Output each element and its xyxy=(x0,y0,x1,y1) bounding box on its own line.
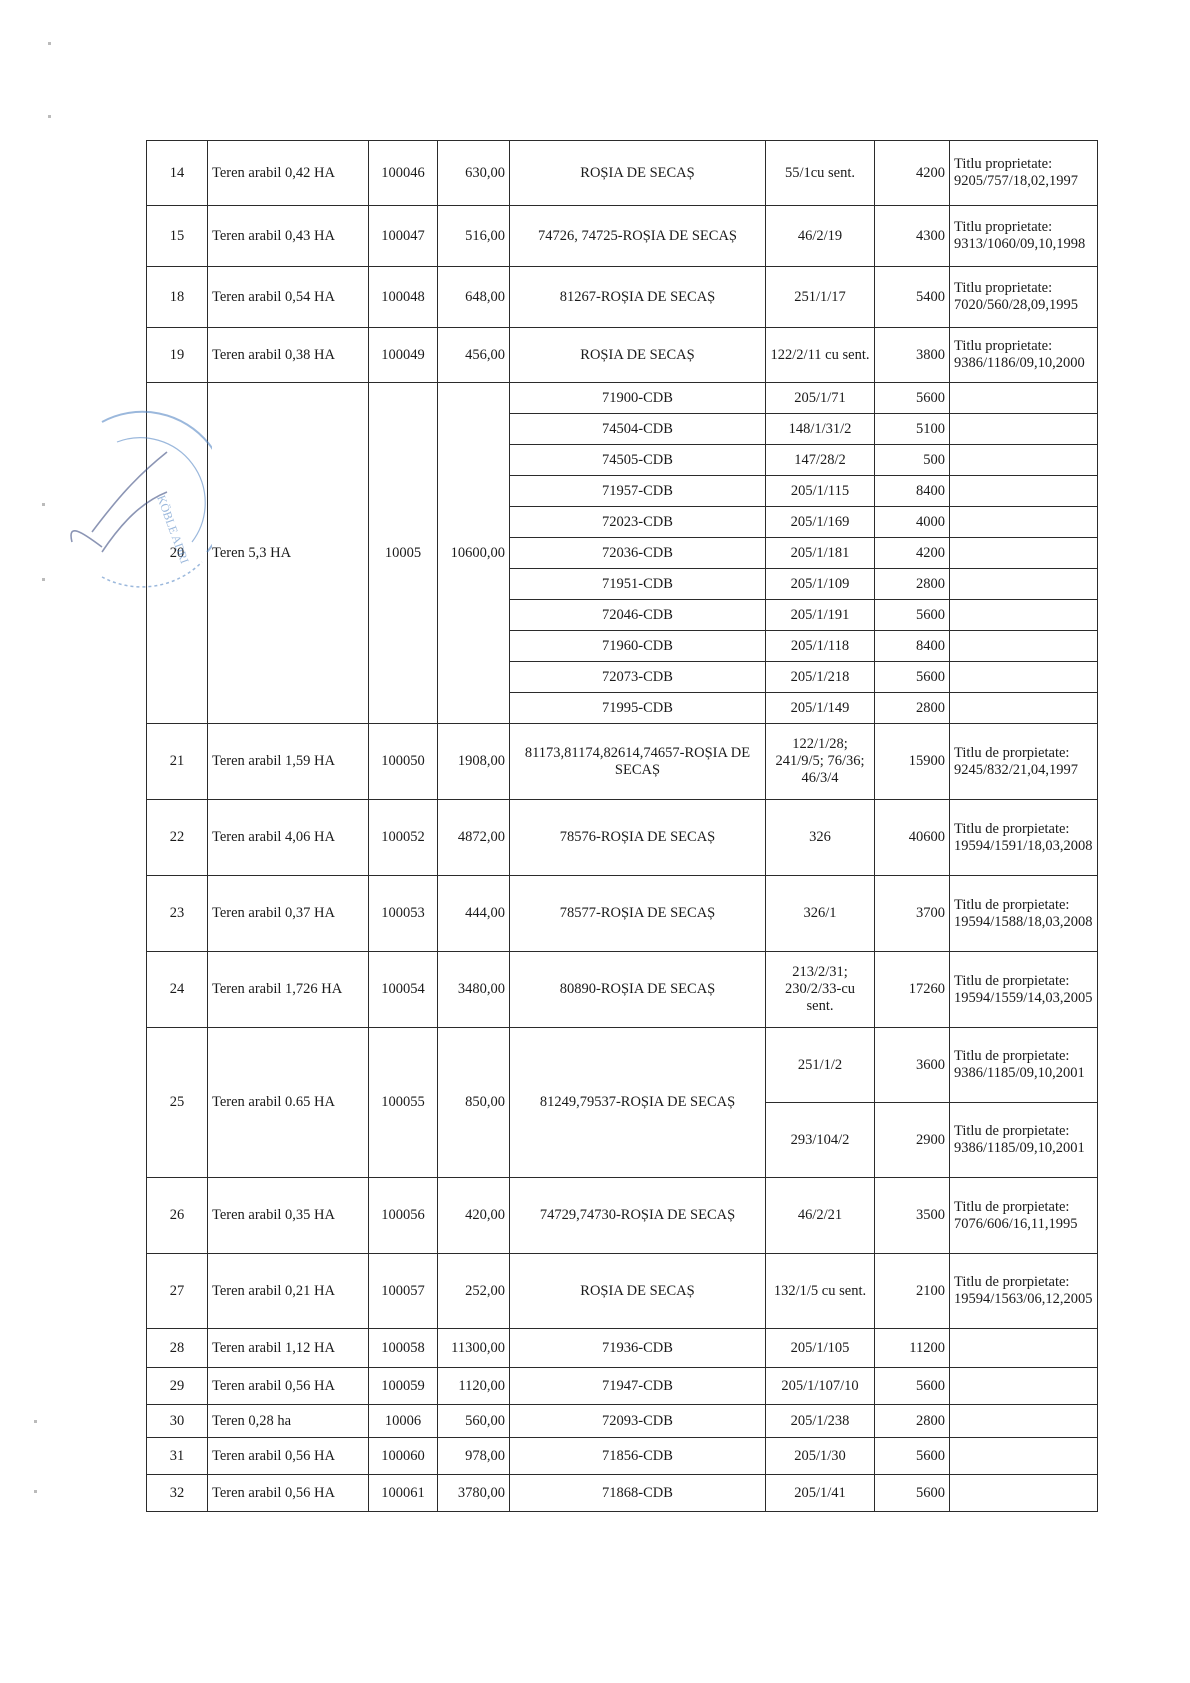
property-value: 420,00 xyxy=(438,1178,510,1254)
surface-area: 5400 xyxy=(875,267,950,328)
ownership-title: Titlu de prorpietate: 9245/832/21,04,199… xyxy=(950,724,1098,800)
surface-area: 5100 xyxy=(875,414,950,445)
property-description: Teren arabil 4,06 HA xyxy=(208,800,369,876)
scanned-page: 14Teren arabil 0,42 HA100046630,00ROȘIA … xyxy=(0,0,1190,1683)
ownership-title: Titlu de prorpietate: 9386/1185/09,10,20… xyxy=(950,1028,1098,1103)
ownership-title: Titlu de prorpietate: 19594/1559/14,03,2… xyxy=(950,952,1098,1028)
inventory-code: 100053 xyxy=(369,876,438,952)
property-description: Teren 5,3 HA xyxy=(208,383,369,724)
property-table: 14Teren arabil 0,42 HA100046630,00ROȘIA … xyxy=(146,140,1098,1512)
topographic-number: 213/2/31; 230/2/33-cu sent. xyxy=(766,952,875,1028)
topographic-number: 205/1/41 xyxy=(766,1475,875,1512)
row-number: 24 xyxy=(147,952,208,1028)
table-row: 22Teren arabil 4,06 HA1000524872,0078576… xyxy=(147,800,1098,876)
ownership-title xyxy=(950,1368,1098,1405)
row-number: 19 xyxy=(147,328,208,383)
ownership-title: Titlu de prorpietate: 19594/1591/18,03,2… xyxy=(950,800,1098,876)
surface-area: 8400 xyxy=(875,476,950,507)
topographic-number: 205/1/218 xyxy=(766,662,875,693)
table-row: 20Teren 5,3 HA1000510600,0071900-CDB205/… xyxy=(147,383,1098,414)
table-row: 19Teren arabil 0,38 HA100049456,00ROȘIA … xyxy=(147,328,1098,383)
surface-area: 17260 xyxy=(875,952,950,1028)
property-description: Teren arabil 1,12 HA xyxy=(208,1329,369,1368)
ownership-title xyxy=(950,1438,1098,1475)
scan-speck xyxy=(48,115,51,118)
table-row: 18Teren arabil 0,54 HA100048648,0081267-… xyxy=(147,267,1098,328)
property-description: Teren arabil 0,56 HA xyxy=(208,1438,369,1475)
table-row: 31Teren arabil 0,56 HA100060978,0071856-… xyxy=(147,1438,1098,1475)
surface-area: 4200 xyxy=(875,538,950,569)
property-value: 850,00 xyxy=(438,1028,510,1178)
scan-speck xyxy=(48,42,51,45)
inventory-code: 100046 xyxy=(369,141,438,206)
surface-area: 5600 xyxy=(875,600,950,631)
property-description: Teren arabil 1,59 HA xyxy=(208,724,369,800)
cadastral-location: 72046-CDB xyxy=(510,600,766,631)
surface-area: 2100 xyxy=(875,1254,950,1329)
cadastral-location: 71960-CDB xyxy=(510,631,766,662)
topographic-number: 205/1/109 xyxy=(766,569,875,600)
property-value: 252,00 xyxy=(438,1254,510,1329)
surface-area: 3500 xyxy=(875,1178,950,1254)
topographic-number: 251/1/2 xyxy=(766,1028,875,1103)
ownership-title: Titlu de prorpietate: 19594/1588/18,03,2… xyxy=(950,876,1098,952)
ownership-title xyxy=(950,538,1098,569)
inventory-code: 10006 xyxy=(369,1405,438,1438)
ownership-title xyxy=(950,1475,1098,1512)
property-description: Teren arabil 0,21 HA xyxy=(208,1254,369,1329)
surface-area: 40600 xyxy=(875,800,950,876)
cadastral-location: 80890-ROȘIA DE SECAȘ xyxy=(510,952,766,1028)
row-number: 18 xyxy=(147,267,208,328)
property-description: Teren arabil 0,54 HA xyxy=(208,267,369,328)
table-row: 25Teren arabil 0.65 HA100055850,0081249,… xyxy=(147,1028,1098,1103)
row-number: 30 xyxy=(147,1405,208,1438)
property-description: Teren arabil 0,37 HA xyxy=(208,876,369,952)
topographic-number: 148/1/31/2 xyxy=(766,414,875,445)
inventory-code: 100057 xyxy=(369,1254,438,1329)
row-number: 29 xyxy=(147,1368,208,1405)
inventory-code: 100047 xyxy=(369,206,438,267)
property-value: 11300,00 xyxy=(438,1329,510,1368)
ownership-title xyxy=(950,569,1098,600)
table-row: 24Teren arabil 1,726 HA1000543480,008089… xyxy=(147,952,1098,1028)
table-row: 14Teren arabil 0,42 HA100046630,00ROȘIA … xyxy=(147,141,1098,206)
topographic-number: 55/1cu sent. xyxy=(766,141,875,206)
surface-area: 5600 xyxy=(875,1475,950,1512)
cadastral-location: 81249,79537-ROȘIA DE SECAȘ xyxy=(510,1028,766,1178)
inventory-code: 100048 xyxy=(369,267,438,328)
table-row: 21Teren arabil 1,59 HA1000501908,0081173… xyxy=(147,724,1098,800)
topographic-number: 205/1/149 xyxy=(766,693,875,724)
inventory-code: 100052 xyxy=(369,800,438,876)
row-number: 14 xyxy=(147,141,208,206)
inventory-code: 100059 xyxy=(369,1368,438,1405)
property-value: 444,00 xyxy=(438,876,510,952)
cadastral-location: 71856-CDB xyxy=(510,1438,766,1475)
property-value: 560,00 xyxy=(438,1405,510,1438)
row-number: 25 xyxy=(147,1028,208,1178)
topographic-number: 147/28/2 xyxy=(766,445,875,476)
surface-area: 5600 xyxy=(875,1368,950,1405)
property-value: 516,00 xyxy=(438,206,510,267)
surface-area: 8400 xyxy=(875,631,950,662)
ownership-title xyxy=(950,662,1098,693)
property-description: Teren arabil 0,38 HA xyxy=(208,328,369,383)
scan-speck xyxy=(34,1490,37,1493)
property-value: 4872,00 xyxy=(438,800,510,876)
inventory-code: 100049 xyxy=(369,328,438,383)
surface-area: 2800 xyxy=(875,1405,950,1438)
row-number: 31 xyxy=(147,1438,208,1475)
ownership-title xyxy=(950,383,1098,414)
property-value: 630,00 xyxy=(438,141,510,206)
property-value: 1120,00 xyxy=(438,1368,510,1405)
row-number: 27 xyxy=(147,1254,208,1329)
table-row: 29Teren arabil 0,56 HA1000591120,0071947… xyxy=(147,1368,1098,1405)
table-row: 27Teren arabil 0,21 HA100057252,00ROȘIA … xyxy=(147,1254,1098,1329)
property-value: 978,00 xyxy=(438,1438,510,1475)
cadastral-location: ROȘIA DE SECAȘ xyxy=(510,1254,766,1329)
inventory-code: 100060 xyxy=(369,1438,438,1475)
property-value: 1908,00 xyxy=(438,724,510,800)
surface-area: 500 xyxy=(875,445,950,476)
property-table-body: 14Teren arabil 0,42 HA100046630,00ROȘIA … xyxy=(147,141,1098,1512)
property-value: 456,00 xyxy=(438,328,510,383)
scan-speck xyxy=(42,503,45,506)
table-row: 23Teren arabil 0,37 HA100053444,0078577-… xyxy=(147,876,1098,952)
surface-area: 4200 xyxy=(875,141,950,206)
table-row: 26Teren arabil 0,35 HA100056420,0074729,… xyxy=(147,1178,1098,1254)
cadastral-location: 81267-ROȘIA DE SECAȘ xyxy=(510,267,766,328)
property-description: Teren arabil 0,56 HA xyxy=(208,1475,369,1512)
ownership-title xyxy=(950,476,1098,507)
surface-area: 4300 xyxy=(875,206,950,267)
cadastral-location: 71900-CDB xyxy=(510,383,766,414)
surface-area: 5600 xyxy=(875,662,950,693)
cadastral-location: 74504-CDB xyxy=(510,414,766,445)
topographic-number: 46/2/19 xyxy=(766,206,875,267)
surface-area: 15900 xyxy=(875,724,950,800)
inventory-code: 100050 xyxy=(369,724,438,800)
row-number: 23 xyxy=(147,876,208,952)
property-description: Teren 0,28 ha xyxy=(208,1405,369,1438)
inventory-code: 100056 xyxy=(369,1178,438,1254)
row-number: 22 xyxy=(147,800,208,876)
row-number: 28 xyxy=(147,1329,208,1368)
property-description: Teren arabil 1,726 HA xyxy=(208,952,369,1028)
ownership-title xyxy=(950,445,1098,476)
topographic-number: 326 xyxy=(766,800,875,876)
surface-area: 4000 xyxy=(875,507,950,538)
scan-speck xyxy=(34,1420,37,1423)
ownership-title: Titlu de prorpietate: 19594/1563/06,12,2… xyxy=(950,1254,1098,1329)
cadastral-location: 81173,81174,82614,74657-ROȘIA DE SECAȘ xyxy=(510,724,766,800)
property-value: 10600,00 xyxy=(438,383,510,724)
ownership-title: Titlu proprietate: 9386/1186/09,10,2000 xyxy=(950,328,1098,383)
topographic-number: 251/1/17 xyxy=(766,267,875,328)
table-row: 30Teren 0,28 ha10006560,0072093-CDB205/1… xyxy=(147,1405,1098,1438)
cadastral-location: 71947-CDB xyxy=(510,1368,766,1405)
ownership-title: Titlu proprietate: 7020/560/28,09,1995 xyxy=(950,267,1098,328)
surface-area: 2900 xyxy=(875,1103,950,1178)
ownership-title xyxy=(950,600,1098,631)
ownership-title: Titlu de prorpietate: 9386/1185/09,10,20… xyxy=(950,1103,1098,1178)
topographic-number: 205/1/107/10 xyxy=(766,1368,875,1405)
surface-area: 2800 xyxy=(875,569,950,600)
cadastral-location: 74726, 74725-ROȘIA DE SECAȘ xyxy=(510,206,766,267)
inventory-code: 100061 xyxy=(369,1475,438,1512)
table-row: 32Teren arabil 0,56 HA1000613780,0071868… xyxy=(147,1475,1098,1512)
cadastral-location: 72023-CDB xyxy=(510,507,766,538)
property-description: Teren arabil 0,56 HA xyxy=(208,1368,369,1405)
topographic-number: 46/2/21 xyxy=(766,1178,875,1254)
cadastral-location: 72036-CDB xyxy=(510,538,766,569)
ownership-title xyxy=(950,1329,1098,1368)
topographic-number: 122/1/28; 241/9/5; 76/36; 46/3/4 xyxy=(766,724,875,800)
cadastral-location: 74729,74730-ROȘIA DE SECAȘ xyxy=(510,1178,766,1254)
cadastral-location: 74505-CDB xyxy=(510,445,766,476)
ownership-title xyxy=(950,414,1098,445)
property-description: Teren arabil 0,43 HA xyxy=(208,206,369,267)
topographic-number: 132/1/5 cu sent. xyxy=(766,1254,875,1329)
cadastral-location: ROȘIA DE SECAȘ xyxy=(510,328,766,383)
topographic-number: 205/1/191 xyxy=(766,600,875,631)
inventory-code: 100055 xyxy=(369,1028,438,1178)
cadastral-location: 71995-CDB xyxy=(510,693,766,724)
topographic-number: 205/1/169 xyxy=(766,507,875,538)
row-number: 26 xyxy=(147,1178,208,1254)
property-description: Teren arabil 0.65 HA xyxy=(208,1028,369,1178)
topographic-number: 293/104/2 xyxy=(766,1103,875,1178)
property-description: Teren arabil 0,35 HA xyxy=(208,1178,369,1254)
property-description: Teren arabil 0,42 HA xyxy=(208,141,369,206)
cadastral-location: 71951-CDB xyxy=(510,569,766,600)
topographic-number: 205/1/71 xyxy=(766,383,875,414)
surface-area: 5600 xyxy=(875,1438,950,1475)
topographic-number: 205/1/105 xyxy=(766,1329,875,1368)
cadastral-location: 72093-CDB xyxy=(510,1405,766,1438)
inventory-code: 100054 xyxy=(369,952,438,1028)
row-number: 20 xyxy=(147,383,208,724)
property-value: 648,00 xyxy=(438,267,510,328)
ownership-title xyxy=(950,631,1098,662)
property-value: 3780,00 xyxy=(438,1475,510,1512)
topographic-number: 326/1 xyxy=(766,876,875,952)
surface-area: 2800 xyxy=(875,693,950,724)
row-number: 15 xyxy=(147,206,208,267)
topographic-number: 205/1/181 xyxy=(766,538,875,569)
cadastral-location: 71868-CDB xyxy=(510,1475,766,1512)
ownership-title xyxy=(950,507,1098,538)
cadastral-location: 71957-CDB xyxy=(510,476,766,507)
cadastral-location: 71936-CDB xyxy=(510,1329,766,1368)
topographic-number: 122/2/11 cu sent. xyxy=(766,328,875,383)
cadastral-location: 72073-CDB xyxy=(510,662,766,693)
surface-area: 3800 xyxy=(875,328,950,383)
surface-area: 3700 xyxy=(875,876,950,952)
surface-area: 5600 xyxy=(875,383,950,414)
table-row: 15Teren arabil 0,43 HA100047516,0074726,… xyxy=(147,206,1098,267)
topographic-number: 205/1/30 xyxy=(766,1438,875,1475)
ownership-title: Titlu proprietate: 9313/1060/09,10,1998 xyxy=(950,206,1098,267)
inventory-code: 10005 xyxy=(369,383,438,724)
row-number: 21 xyxy=(147,724,208,800)
row-number: 32 xyxy=(147,1475,208,1512)
cadastral-location: ROȘIA DE SECAȘ xyxy=(510,141,766,206)
topographic-number: 205/1/115 xyxy=(766,476,875,507)
ownership-title xyxy=(950,693,1098,724)
surface-area: 11200 xyxy=(875,1329,950,1368)
inventory-code: 100058 xyxy=(369,1329,438,1368)
property-value: 3480,00 xyxy=(438,952,510,1028)
surface-area: 3600 xyxy=(875,1028,950,1103)
cadastral-location: 78577-ROȘIA DE SECAȘ xyxy=(510,876,766,952)
cadastral-location: 78576-ROȘIA DE SECAȘ xyxy=(510,800,766,876)
topographic-number: 205/1/238 xyxy=(766,1405,875,1438)
topographic-number: 205/1/118 xyxy=(766,631,875,662)
ownership-title: Titlu de prorpietate: 7076/606/16,11,199… xyxy=(950,1178,1098,1254)
ownership-title xyxy=(950,1405,1098,1438)
table-row: 28Teren arabil 1,12 HA10005811300,007193… xyxy=(147,1329,1098,1368)
scan-speck xyxy=(42,578,45,581)
ownership-title: Titlu proprietate: 9205/757/18,02,1997 xyxy=(950,141,1098,206)
